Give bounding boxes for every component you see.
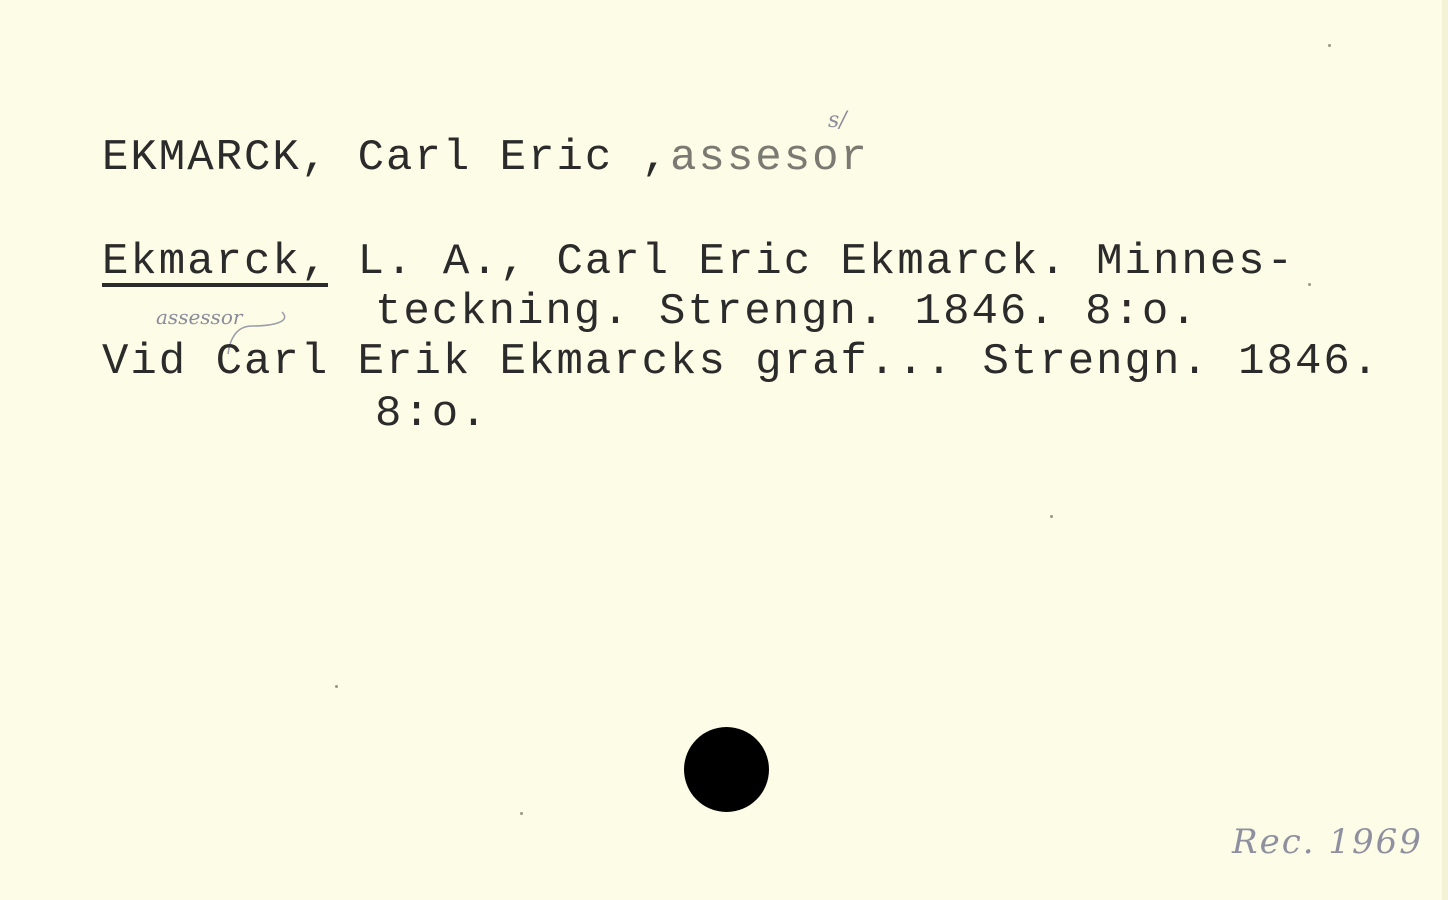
author-underline [102, 283, 328, 287]
punch-hole [684, 727, 769, 812]
catalog-card: EKMARCK, Carl Eric ,assesor s/ Ekmarck, … [0, 0, 1448, 900]
speck [520, 812, 523, 815]
handwritten-footer: Rec. 1969 [1232, 822, 1423, 862]
card-edge [1442, 0, 1448, 900]
speck [1308, 283, 1311, 286]
entry-2-line-1: Vid Carl Erik Ekmarcks graf... Strengn. … [102, 340, 1380, 384]
entry-1-author: Ekmarck, [102, 237, 329, 287]
entry-2-line-2: 8:o. [375, 392, 489, 436]
speck [1050, 515, 1053, 518]
entry-1-line-2: teckning. Strengn. 1846. 8:o. [375, 290, 1199, 334]
speck [335, 685, 338, 688]
heading-title: assesor [670, 133, 869, 183]
speck [1328, 44, 1331, 47]
handwritten-correction: s/ [828, 108, 847, 133]
card-heading: EKMARCK, Carl Eric ,assesor [102, 136, 869, 180]
entry-1-text-1: L. A., Carl Eric Ekmarck. Minnes- [329, 237, 1295, 287]
entry-2-text-1: Erik Ekmarcks graf... Strengn. 1846. [329, 337, 1380, 387]
heading-name: EKMARCK, Carl Eric , [102, 133, 670, 183]
entry-1-line-1: Ekmarck, L. A., Carl Eric Ekmarck. Minne… [102, 240, 1295, 284]
entry-2-author: Vid Carl [102, 337, 329, 387]
